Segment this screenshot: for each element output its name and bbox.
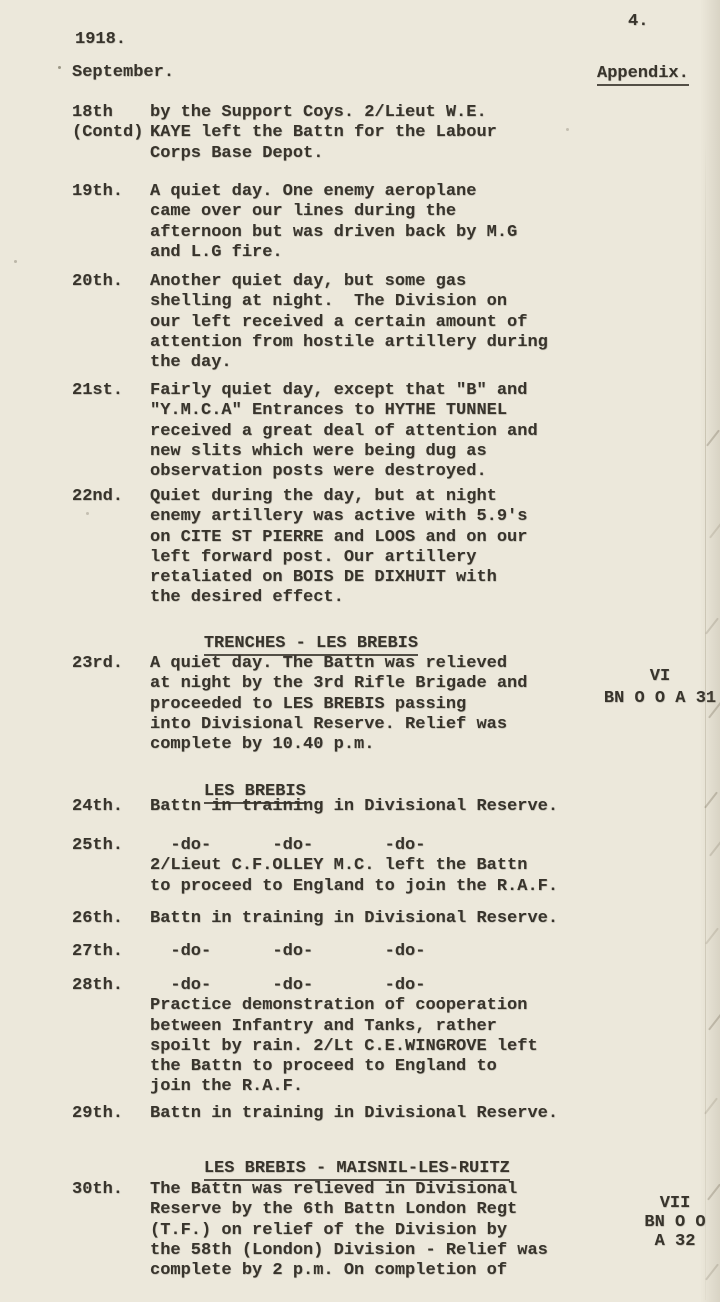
- day-label: 23rd.: [72, 654, 150, 674]
- entry-text: -do- -do- -do- 2/Lieut C.F.OLLEY M.C. le…: [150, 836, 558, 897]
- day-label: 28th.: [72, 976, 150, 996]
- paper-speck: [566, 128, 569, 131]
- month-label: September.: [72, 63, 174, 83]
- day-label: 22nd.: [72, 487, 150, 507]
- diary-entry-26th: 26th. Battn in training in Divisional Re…: [72, 909, 558, 929]
- war-diary-page: 4. 1918. September. Appendix. 18th (Cont…: [0, 0, 720, 1302]
- diary-entry-23rd: 23rd. A quiet day. The Battn was relieve…: [72, 654, 527, 755]
- diary-entry-29th: 29th. Battn in training in Divisional Re…: [72, 1104, 558, 1124]
- day-label: 21st.: [72, 381, 150, 401]
- entry-text: -do- -do- -do-: [150, 942, 425, 962]
- paper-speck: [58, 66, 61, 69]
- appendix-label-text: Appendix.: [597, 64, 689, 86]
- entry-text: Another quiet day, but some gas shelling…: [150, 272, 548, 373]
- section-heading-text: LES BREBIS - MAISNIL-LES-RUITZ: [204, 1159, 510, 1181]
- appendix-label: Appendix.: [597, 64, 689, 84]
- entry-text: A quiet day. The Battn was relieved at n…: [150, 654, 527, 755]
- paper-speck: [86, 512, 89, 515]
- diary-entry-21st: 21st. Fairly quiet day, except that "B" …: [72, 381, 538, 482]
- entry-text: The Battn was relieved in Divisional Res…: [150, 1180, 548, 1281]
- day-label: 26th.: [72, 909, 150, 929]
- diary-entry-20th: 20th. Another quiet day, but some gas sh…: [72, 272, 548, 373]
- day-label: 27th.: [72, 942, 150, 962]
- diary-entry-19th: 19th. A quiet day. One enemy aeroplane c…: [72, 182, 517, 263]
- entry-text: -do- -do- -do- Practice demonstration of…: [150, 976, 538, 1098]
- entry-text: by the Support Coys. 2/Lieut W.E. KAYE l…: [150, 103, 497, 164]
- year-label: 1918.: [75, 30, 126, 50]
- day-label: 24th.: [72, 797, 150, 817]
- entry-text: Quiet during the day, but at night enemy…: [150, 487, 527, 609]
- day-label: 25th.: [72, 836, 150, 856]
- diary-entry-28th: 28th. -do- -do- -do- Practice demonstrat…: [72, 976, 538, 1098]
- entry-text: Fairly quiet day, except that "B" and "Y…: [150, 381, 538, 482]
- diary-entry-24th: 24th. Battn in training in Divisional Re…: [72, 797, 558, 817]
- day-label: 20th.: [72, 272, 150, 292]
- diary-entry-30th: 30th. The Battn was relieved in Division…: [72, 1180, 548, 1281]
- entry-text: A quiet day. One enemy aeroplane came ov…: [150, 182, 517, 263]
- entry-text: Battn in training in Divisional Reserve.: [150, 909, 558, 929]
- diary-entry-22nd: 22nd. Quiet during the day, but at night…: [72, 487, 527, 609]
- paper-edge-line: [705, 140, 706, 1300]
- section-heading-text: TRENCHES - LES BREBIS: [204, 634, 418, 656]
- entry-text: Battn in training in Divisional Reserve.: [150, 797, 558, 817]
- page-number: 4.: [628, 12, 648, 32]
- entry-text: Battn in training in Divisional Reserve.: [150, 1104, 558, 1124]
- day-label: 18th (Contd): [72, 103, 150, 144]
- diary-entry-27th: 27th. -do- -do- -do-: [72, 942, 425, 962]
- day-label: 30th.: [72, 1180, 150, 1200]
- day-label: 29th.: [72, 1104, 150, 1124]
- day-label: 19th.: [72, 182, 150, 202]
- diary-entry-18th: 18th (Contd) by the Support Coys. 2/Lieu…: [72, 103, 497, 164]
- paper-speck: [14, 260, 17, 263]
- diary-entry-25th: 25th. -do- -do- -do- 2/Lieut C.F.OLLEY M…: [72, 836, 558, 897]
